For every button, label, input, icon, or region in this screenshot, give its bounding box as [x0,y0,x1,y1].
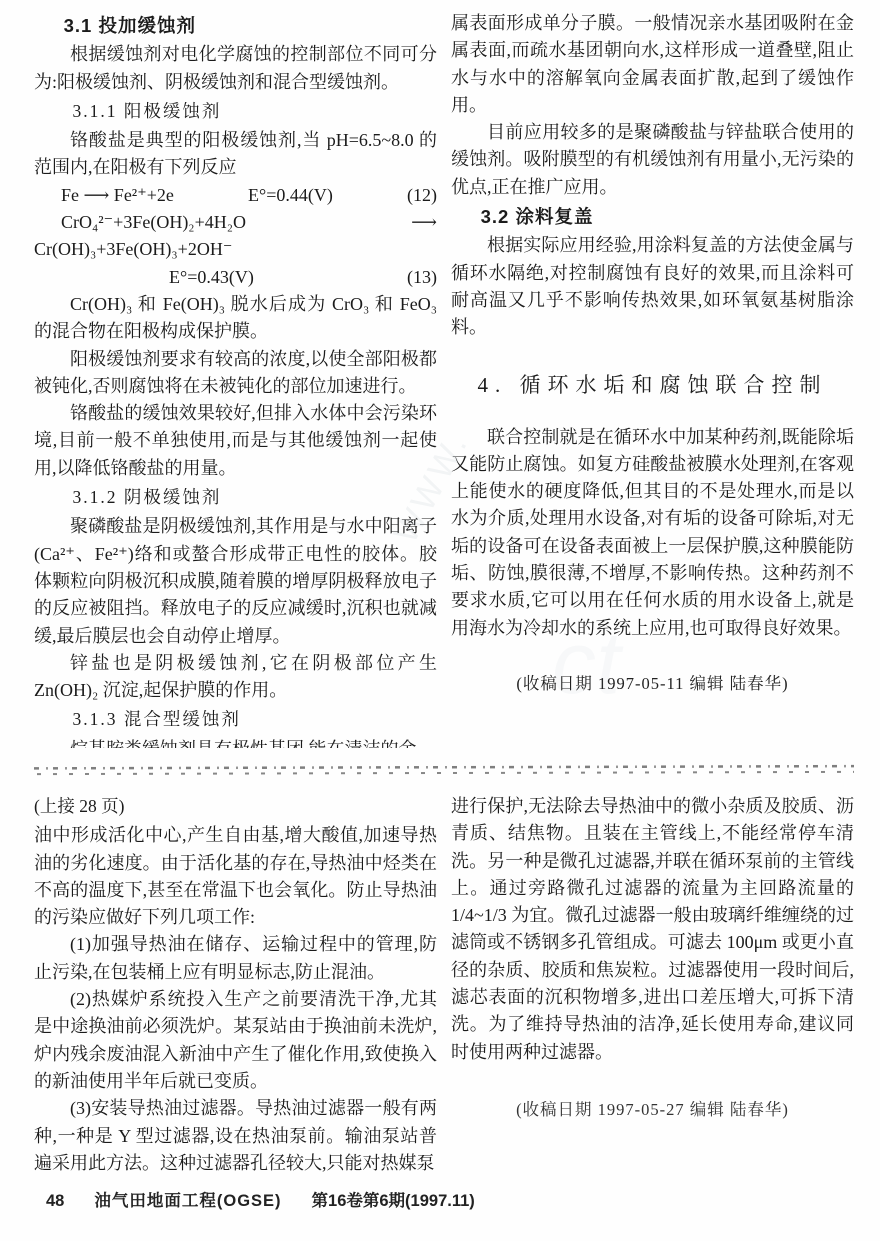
paragraph: 属表面形成单分子膜。一般情况亲水基团吸附在金属表面,而疏水基团朝向水,这样形成一… [451,10,854,119]
paragraph: 铬酸盐的缓蚀效果较好,但排入水体中会污染环境,目前一般不单独使用,而是与其他缓蚀… [34,400,437,482]
section-heading-3-1: 3.1 投加缓蚀剂 [34,12,437,39]
page-number: 48 [46,1192,64,1211]
equation-12-potential: E°=0.44(V) [248,182,333,209]
paragraph: 联合控制就是在循环水中加某种药剂,既能除垢又能防止腐蚀。如复方硅酸盐被膜水处理剂… [451,424,854,642]
section-heading-4: 4. 循环水垢和腐蚀联合控制 [451,370,854,400]
subsection-heading-3-1-1: 3.1.1 阳极缓蚀剂 [34,98,437,125]
journal-page: WWW. ct 3.1 投加缓蚀剂 根据缓蚀剂对电化学腐蚀的控制部位不同可分为:… [0,0,880,1241]
paragraph: 烷基胺类缓蚀剂具有极性基团,能在清洁的金 [34,736,437,748]
upper-left-column: 3.1 投加缓蚀剂 根据缓蚀剂对电化学腐蚀的控制部位不同可分为:阳极缓蚀剂、阴极… [34,10,437,748]
paragraph: 目前应用较多的是聚磷酸盐与锌盐联合使用的缓蚀剂。吸附膜型的有机缓蚀剂有用量小,无… [451,119,854,201]
journal-title: 油气田地面工程(OGSE) [94,1187,281,1211]
lower-article: (上接 28 页) 油中形成活化中心,产生自由基,增大酸值,加速导热油的劣化速度… [34,793,854,1175]
subsection-heading-3-1-3: 3.1.3 混合型缓蚀剂 [34,706,437,733]
lower-right-column: 进行保护,无法除去导热油中的微小杂质及胶质、沥青质、结焦物。且装在主管线上,不能… [451,793,854,1175]
paragraph: 阳极缓蚀剂要求有较高的浓度,以使全部阳极都被钝化,否则腐蚀将在未被钝化的部位加速… [34,346,437,401]
equation-13-number: (13) [407,264,437,291]
paragraph: 锌盐也是阴极缓蚀剂,它在阴极部位产生 Zn(OH)₂ 沉淀,起保护膜的作用。 [34,650,437,705]
paragraph: 根据实际应用经验,用涂料复盖的方法使金属与循环水隔绝,对控制腐蚀有良好的效果,而… [451,232,854,341]
paragraph: (2)热媒炉系统投入生产之前要清洗干净,尤其是中途换油前必须洗炉。某泵站由于换油… [34,986,437,1095]
paragraph: 铬酸盐是典型的阳极缓蚀剂,当 pH=6.5~8.0 的范围内,在阳极有下列反应 [34,127,437,182]
equation-13-potential: E°=0.43(V) [169,264,254,291]
paragraph: 根据缓蚀剂对电化学腐蚀的控制部位不同可分为:阳极缓蚀剂、阴极缓蚀剂和混合型缓蚀剂… [34,41,437,96]
upper-article: 3.1 投加缓蚀剂 根据缓蚀剂对电化学腐蚀的控制部位不同可分为:阳极缓蚀剂、阴极… [34,10,854,748]
paragraph: 油中形成活化中心,产生自由基,增大酸值,加速导热油的劣化速度。由于活化基的存在,… [34,822,437,931]
continued-from-note: (上接 28 页) [34,793,437,820]
equation-13: E°=0.43(V) (13) [34,264,437,291]
upper-right-column: 属表面形成单分子膜。一般情况亲水基团吸附在金属表面,而疏水基团朝向水,这样形成一… [451,10,854,748]
article-divider-rule [34,762,854,778]
equation-12-lhs: Fe ⟶ Fe²⁺+2e [61,182,174,209]
lower-left-column: (上接 28 页) 油中形成活化中心,产生自由基,增大酸值,加速导热油的劣化速度… [34,793,437,1175]
paragraph: Cr(OH)₃ 和 Fe(OH)₃ 脱水后成为 CrO₃ 和 FeO₃ 的混合物… [34,291,437,346]
received-date-line: (收稿日期 1997-05-11 编辑 陆春华) [451,670,854,697]
paragraph: (1)加强导热油在储存、运输过程中的管理,防止污染,在包装桶上应有明显标志,防止… [34,931,437,986]
equation-chromate: CrO₄²⁻+3Fe(OH)₂+4H₂O ⟶ Cr(OH)₃+3Fe(OH)₃+… [34,209,437,264]
paragraph: (3)安装导热油过滤器。导热油过滤器一般有两种,一种是 Y 型过滤器,设在热油泵… [34,1095,437,1175]
issue-info: 第16卷第6期(1997.11) [312,1187,475,1211]
received-date-line: (收稿日期 1997-05-27 编辑 陆春华) [451,1096,854,1123]
subsection-heading-3-1-2: 3.1.2 阴极缓蚀剂 [34,484,437,511]
paragraph: 聚磷酸盐是阴极缓蚀剂,其作用是与水中阳离子(Ca²⁺、Fe²⁺)络和或螯合形成带… [34,513,437,649]
equation-12-number: (12) [407,182,437,209]
section-heading-3-2: 3.2 涂料复盖 [451,203,854,230]
page-footer: 48 油气田地面工程(OGSE) 第16卷第6期(1997.11) [34,1187,854,1211]
equation-12: Fe ⟶ Fe²⁺+2e E°=0.44(V) (12) [34,182,437,209]
paragraph: 进行保护,无法除去导热油中的微小杂质及胶质、沥青质、结焦物。且装在主管线上,不能… [451,793,854,1066]
